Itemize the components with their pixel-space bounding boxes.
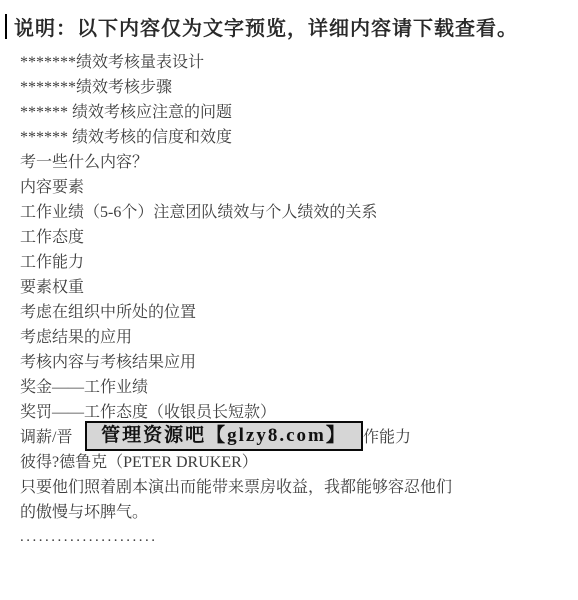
text-line: 只要他们照着剧本演出而能带来票房收益，我都能够容忍他们 — [20, 475, 570, 500]
text-line: 内容要素 — [20, 175, 570, 200]
watermark-stamp: 管理资源吧【glzy8.com】 — [85, 421, 363, 451]
text-line: 考虑在组织中所处的位置 — [20, 300, 570, 325]
text-line: 奖金——工作业绩 — [20, 375, 570, 400]
text-cursor — [5, 14, 7, 39]
text-line: *******绩效考核步骤 — [20, 75, 570, 100]
preview-notice: 说明：以下内容仅为文字预览，详细内容请下载查看。 — [14, 12, 518, 41]
text-line: 考虑结果的应用 — [20, 325, 570, 350]
text-line: *******绩效考核量表设计 — [20, 50, 570, 75]
text-line: 工作能力 — [20, 250, 570, 275]
covered-line-left-fragment: 调薪/晋 — [20, 429, 72, 446]
text-line: ****** 绩效考核的信度和效度 — [20, 125, 570, 150]
text-line: ****** 绩效考核应注意的问题 — [20, 100, 570, 125]
document-preview-page: 说明：以下内容仅为文字预览，详细内容请下载查看。 *******绩效考核量表设计… — [0, 0, 578, 600]
text-line: 考一些什么内容？ — [20, 150, 570, 175]
text-line: 工作态度 — [20, 225, 570, 250]
text-line: 的傲慢与坏脾气。 — [20, 500, 570, 525]
text-line: 工作业绩（5-6个）注意团队绩效与个人绩效的关系 — [20, 200, 570, 225]
ellipsis-line: ...................... — [20, 525, 570, 550]
covered-line-right-fragment: 作能力 — [363, 425, 411, 450]
text-line: 考核内容与考核结果应用 — [20, 350, 570, 375]
preview-body[interactable]: *******绩效考核量表设计 *******绩效考核步骤 ****** 绩效考… — [20, 50, 570, 550]
text-line: 要素权重 — [20, 275, 570, 300]
text-line: 彼得?德鲁克（PETER DRUKER） — [20, 450, 570, 475]
